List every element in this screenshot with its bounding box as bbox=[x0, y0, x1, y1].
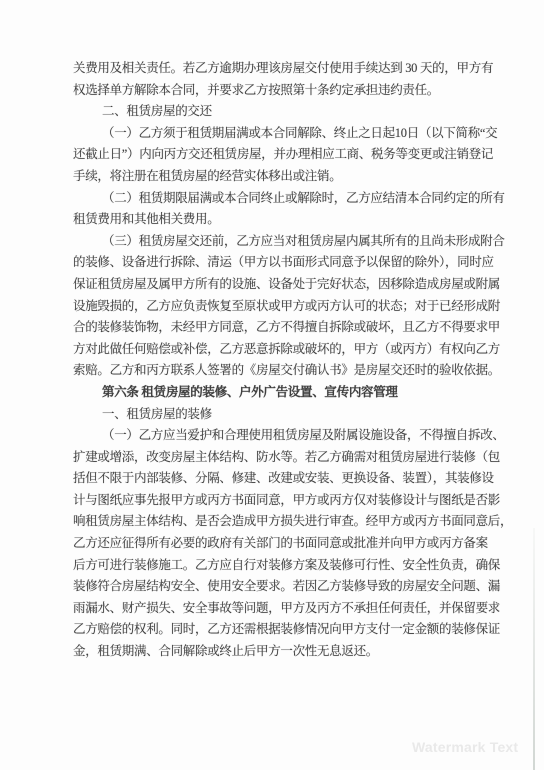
text-line: 还截止日”）内向丙方交还租赁房屋，并办理相应工商、税务等变更或注销登记 bbox=[73, 144, 513, 166]
watermark-text: Watermark Text bbox=[412, 739, 518, 755]
document-text: 关费用及相关责任。若乙方逾期办理该房屋交付使用手续达到 30 天的，甲方有权选择… bbox=[73, 58, 513, 663]
text-line: 金，租赁期满、合同解除或终止后甲方一次性无息返还。 bbox=[73, 641, 513, 663]
scanned-contract-page: 关费用及相关责任。若乙方逾期办理该房屋交付使用手续达到 30 天的，甲方有权选择… bbox=[0, 0, 544, 770]
text-line: 一、租赁房屋的装修 bbox=[73, 404, 513, 426]
text-line: 合的装修装饰物，未经甲方同意，乙方不得擅自拆除或破坏，且乙方不得要求甲 bbox=[73, 317, 513, 339]
text-line: 关费用及相关责任。若乙方逾期办理该房屋交付使用手续达到 30 天的，甲方有 bbox=[73, 58, 513, 80]
text-line: （一）乙方须于租赁期届满或本合同解除、终止之日起10日（以下简称“交 bbox=[73, 123, 513, 145]
text-line: 手续，将注册在租赁房屋的经营实体移出或注销。 bbox=[73, 166, 513, 188]
text-line: 乙方赔偿的权利。同时，乙方还需根据装修情况向甲方支付一定金额的装修保证 bbox=[73, 619, 513, 641]
text-line: 的装修、设备进行拆除、清运（甲方以书面形式同意予以保留的除外），同时应 bbox=[73, 252, 513, 274]
text-line: 保证租赁房屋及属甲方所有的设施、设备处于完好状态，因移除造成房屋或附属 bbox=[73, 274, 513, 296]
text-line: 响租赁房屋主体结构、是否会造成甲方损失进行审查。经甲方或丙方书面同意后， bbox=[73, 511, 513, 533]
text-line: 乙方还应征得所有必要的政府有关部门的书面同意或批准并向甲方或丙方备案 bbox=[73, 533, 513, 555]
text-line: 雨漏水、财产损失、安全事故等问题，甲方及丙方不承担任何责任，并保留要求 bbox=[73, 598, 513, 620]
text-line: 方对此做任何赔偿或补偿，乙方恶意拆除或破坏的，甲方（或丙方）有权向乙方 bbox=[73, 339, 513, 361]
text-line: 权选择单方解除本合同，并要求乙方按照第十条约定承担违约责任。 bbox=[73, 80, 513, 102]
text-line: （二）租赁期限届满或本合同终止或解除时，乙方应结清本合同约定的所有 bbox=[73, 188, 513, 210]
text-line: 索赔。乙方和丙方联系人签署的《房屋交付确认书》是房屋交还时的验收依据。 bbox=[73, 360, 513, 382]
text-line: 装修符合房屋结构安全、使用安全要求。若因乙方装修导致的房屋安全问题、漏 bbox=[73, 576, 513, 598]
text-line: 计与图纸应事先报甲方或丙方书面同意，甲方或丙方仅对装修设计与图纸是否影 bbox=[73, 490, 513, 512]
text-line: 二、租赁房屋的交还 bbox=[73, 101, 513, 123]
text-line: 第六条 租赁房屋的装修、户外广告设置、宣传内容管理 bbox=[73, 382, 513, 404]
text-line: 租赁费用和其他相关费用。 bbox=[73, 209, 513, 231]
text-line: 设施毁损的，乙方应负责恢复至原状或甲方或丙方认可的状态；对于已经形成附 bbox=[73, 296, 513, 318]
text-line: （一）乙方应当爱护和合理使用租赁房屋及附属设施设备，不得擅自拆改、 bbox=[73, 425, 513, 447]
text-line: （三）租赁房屋交还前，乙方应当对租赁房屋内属其所有的且尚未形成附合 bbox=[73, 231, 513, 253]
text-line: 扩建或增添，改变房屋主体结构、防水等。若乙方确需对租赁房屋进行装修（包 bbox=[73, 447, 513, 469]
scan-artifact-line bbox=[533, 528, 535, 770]
text-line: 括但不限于内部装修、分隔、修建、改建或安装、更换设备、装置），其装修设 bbox=[73, 468, 513, 490]
text-line: 后方可进行装修施工。乙方应自行对装修方案及装修可行性、安全性负责，确保 bbox=[73, 555, 513, 577]
